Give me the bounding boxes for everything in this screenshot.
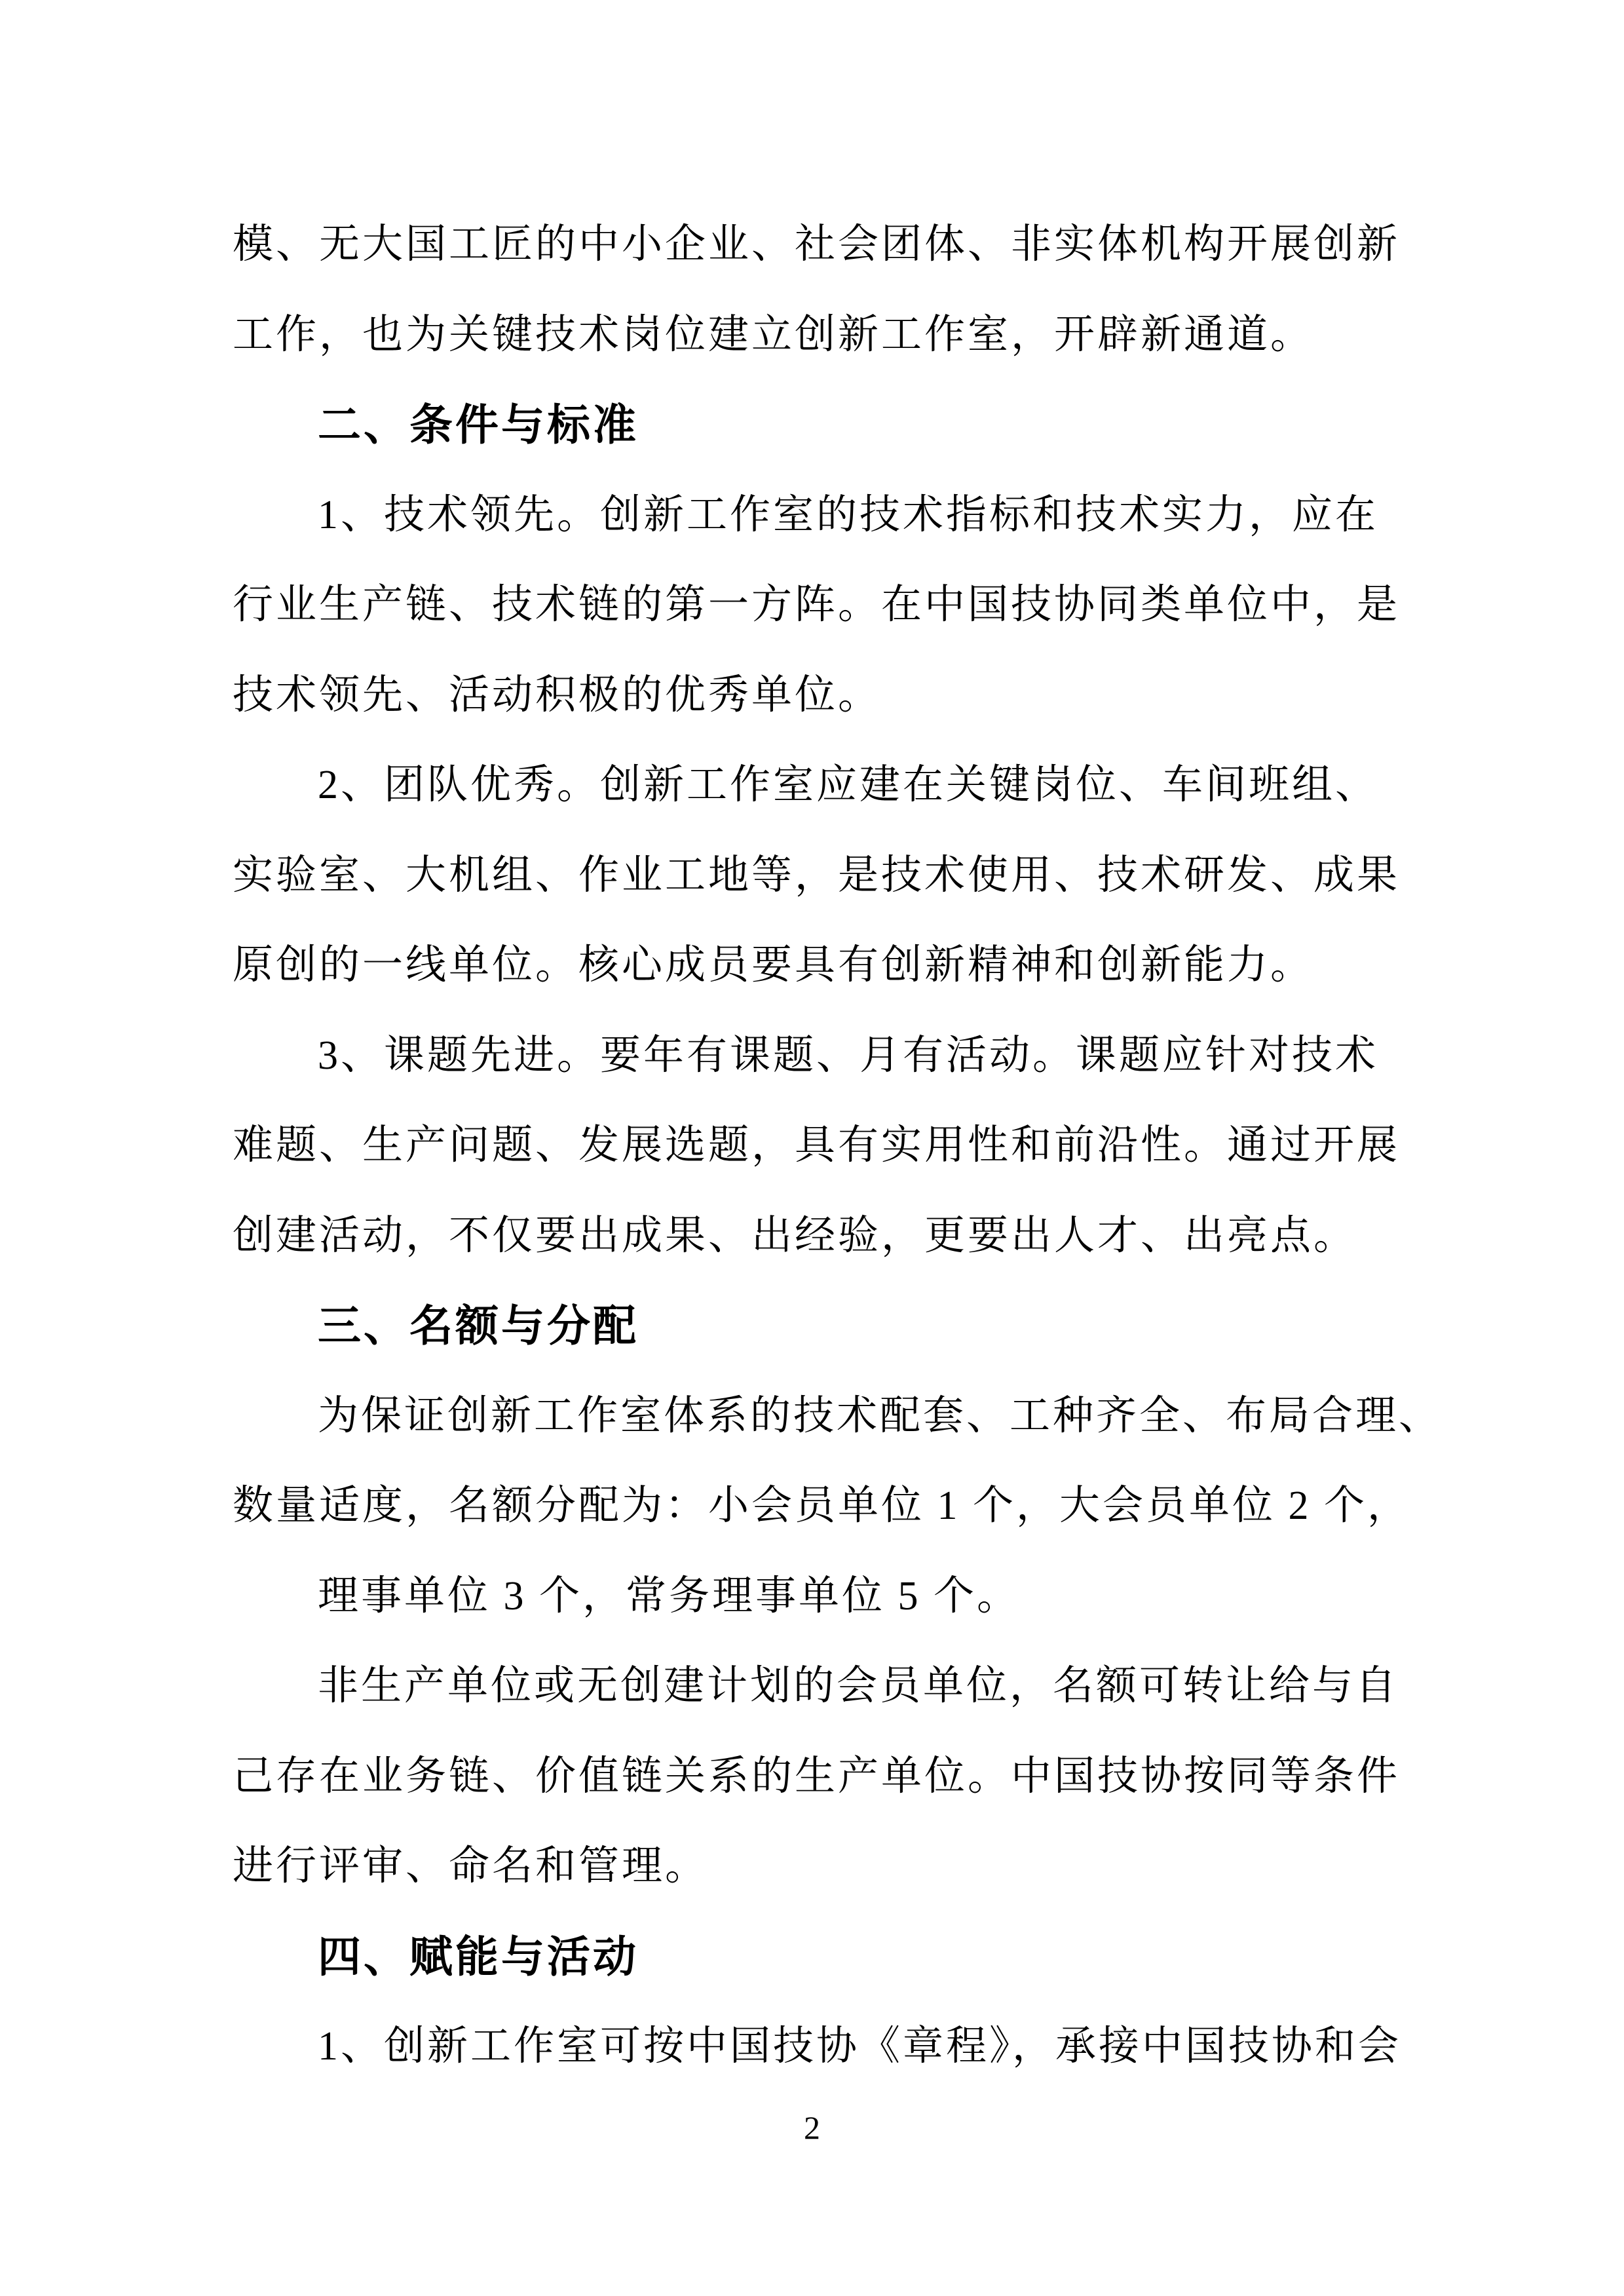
body-line: 创建活动，不仅要出成果、出经验，更要出人才、出亮点。 <box>233 1191 1405 1282</box>
body-line: 1、技术领先。创新工作室的技术指标和技术实力，应在 <box>233 470 1405 561</box>
body-line: 理事单位 3 个，常务理事单位 5 个。 <box>233 1552 1405 1642</box>
body-line: 工作，也为关键技术岗位建立创新工作室，开辟新通道。 <box>233 290 1405 381</box>
body-line: 难题、生产问题、发展选题，具有实用性和前沿性。通过开展 <box>233 1101 1405 1191</box>
body-line: 3、课题先进。要年有课题、月有活动。课题应针对技术 <box>233 1011 1405 1101</box>
section-heading: 四、赋能与活动 <box>233 1912 1405 2002</box>
body-line: 为保证创新工作室体系的技术配套、工种齐全、布局合理、 <box>233 1371 1405 1462</box>
page-body-text: 模、无大国工匠的中小企业、社会团体、非实体机构开展创新 工作，也为关键技术岗位建… <box>233 200 1405 2092</box>
body-line: 2、团队优秀。创新工作室应建在关键岗位、车间班组、 <box>233 740 1405 831</box>
page-number: 2 <box>0 2109 1624 2147</box>
body-line: 非生产单位或无创建计划的会员单位，名额可转让给与自 <box>233 1641 1405 1732</box>
body-line: 模、无大国工匠的中小企业、社会团体、非实体机构开展创新 <box>233 200 1405 290</box>
body-line: 技术领先、活动积极的优秀单位。 <box>233 651 1405 741</box>
section-heading: 二、条件与标准 <box>233 380 1405 470</box>
body-line: 1、创新工作室可按中国技协《章程》，承接中国技协和会 <box>233 2002 1405 2092</box>
body-line: 实验室、大机组、作业工地等，是技术使用、技术研发、成果 <box>233 831 1405 921</box>
body-line: 进行评审、命名和管理。 <box>233 1822 1405 1912</box>
body-line: 数量适度，名额分配为：小会员单位 1 个，大会员单位 2 个， <box>233 1461 1405 1552</box>
body-line: 原创的一线单位。核心成员要具有创新精神和创新能力。 <box>233 921 1405 1011</box>
body-line: 行业生产链、技术链的第一方阵。在中国技协同类单位中，是 <box>233 560 1405 651</box>
body-line: 己存在业务链、价值链关系的生产单位。中国技协按同等条件 <box>233 1732 1405 1822</box>
document-page: 模、无大国工匠的中小企业、社会团体、非实体机构开展创新 工作，也为关键技术岗位建… <box>0 0 1624 2296</box>
section-heading: 三、名额与分配 <box>233 1281 1405 1371</box>
